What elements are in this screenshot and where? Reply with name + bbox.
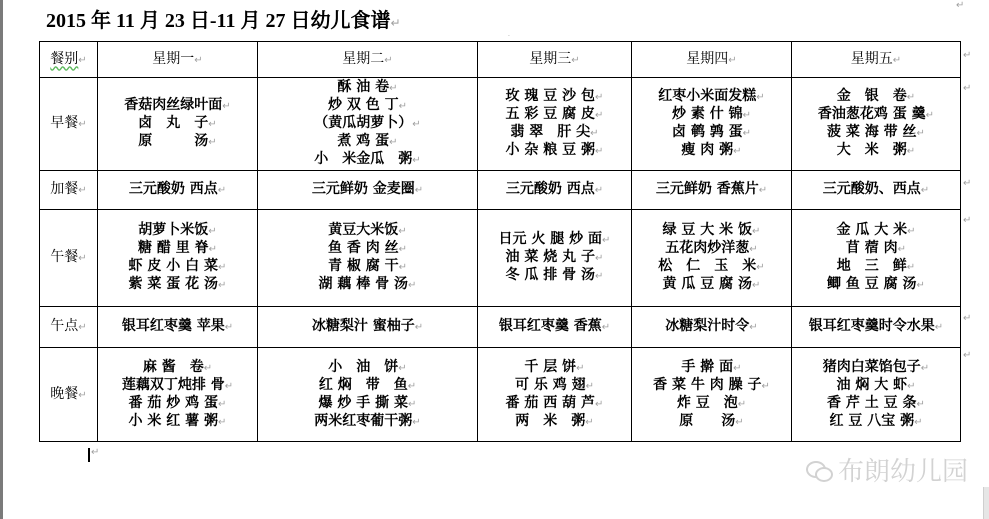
paragraph-mark-icon: ↵ <box>602 322 610 333</box>
dish-line: 三元酸奶、西点↵ <box>792 181 960 199</box>
paragraph-mark-icon: ↵ <box>907 92 915 103</box>
dish-line: 冰糖梨汁时令↵ <box>632 318 791 336</box>
watermark-text: 布朗幼儿园 <box>838 451 968 488</box>
category-cell[interactable]: 午点↵ <box>40 307 98 348</box>
paragraph-mark-icon: ↵ <box>590 128 598 139</box>
dish-line: 红枣小米面发糕↵ <box>632 88 791 106</box>
row-end-mark-icon: ↵ <box>963 50 971 61</box>
paragraph-mark-icon: ↵ <box>222 101 230 112</box>
dish-line: 小 杂 粮 豆 粥↵ <box>478 142 631 160</box>
dish-line: 黄豆大米饭↵ <box>258 222 477 240</box>
table-row-afternoon-snack: 午点↵ 银耳红枣羹 苹果↵ 冰糖梨汁 蜜柚子↵ 银耳红枣羹 香蕉↵ 冰糖梨汁时令… <box>40 307 961 348</box>
dish-line: 炸 豆 泡↵ <box>632 395 791 413</box>
menu-cell[interactable]: 银耳红枣羹时令水果↵ <box>792 307 961 348</box>
table-row-breakfast: 早餐↵ 香菇肉丝绿叶面↵卤 丸 子↵原 汤↵ 酥 油 卷↵炒 双 色 丁↵（黄瓜… <box>40 78 961 171</box>
menu-cell[interactable]: 冰糖梨汁时令↵ <box>632 307 792 348</box>
header-day-wednesday[interactable]: 星期三↵ <box>478 42 632 78</box>
dish-line: 油 菜 烧 丸 子↵ <box>478 249 631 267</box>
paragraph-mark-icon: ↵ <box>586 381 594 392</box>
dish-line: 金 银 卷↵ <box>792 88 960 106</box>
dish-line: 酥 油 卷↵ <box>258 79 477 97</box>
paragraph-mark-icon: ↵ <box>743 128 751 139</box>
paragraph-mark-icon: ↵ <box>761 381 769 392</box>
category-cell[interactable]: 加餐↵ <box>40 171 98 210</box>
category-cell[interactable]: 晚餐↵ <box>40 348 98 442</box>
paragraph-mark-icon: ↵ <box>752 280 760 291</box>
paragraph-mark-icon: ↵ <box>733 146 741 157</box>
paragraph-mark-icon: ↵ <box>218 417 226 428</box>
dish-line: 卤 鹌 鹑 蛋↵ <box>632 124 791 142</box>
dish-line: 三元鲜奶 金麦圈↵ <box>258 181 477 199</box>
dish-line: 青 椒 腐 干↵ <box>258 258 477 276</box>
dish-line: 手 擀 面↵ <box>632 359 791 377</box>
paragraph-mark-icon: ↵ <box>389 137 397 148</box>
dish-line: 糖 醋 里 脊↵ <box>98 240 257 258</box>
text-cursor <box>88 448 90 462</box>
dish-line: 地 三 鲜↵ <box>792 258 960 276</box>
dish-line: 黄 瓜 豆 腐 汤↵ <box>632 276 791 294</box>
paragraph-mark-icon: ↵ <box>756 92 764 103</box>
dish-line: 小 米 红 薯 粥↵ <box>98 413 257 431</box>
menu-cell[interactable]: 猪肉白菜馅包子↵油 焖 大 虾↵香 芹 土 豆 条↵红 豆 八宝 粥↵ <box>792 348 961 442</box>
paragraph-mark-icon: ↵ <box>390 16 400 30</box>
dish-line: 三元酸奶 西点↵ <box>478 181 631 199</box>
category-cell[interactable]: 早餐↵ <box>40 78 98 171</box>
header-day-thursday[interactable]: 星期四↵ <box>632 42 792 78</box>
dish-line: 香 菜 牛 肉 臊 子↵ <box>632 377 791 395</box>
paragraph-mark-icon: ↵ <box>595 110 603 121</box>
header-day-monday[interactable]: 星期一↵ <box>98 42 258 78</box>
dish-line: 翡 翠 肝 尖↵ <box>478 124 631 142</box>
paragraph-mark-icon: ↵ <box>408 280 416 291</box>
paragraph-mark-icon: ↵ <box>408 381 416 392</box>
menu-cell[interactable]: 日元 火 腿 炒 面↵油 菜 烧 丸 子↵冬 瓜 排 骨 汤↵ <box>478 210 632 307</box>
paragraph-mark-icon: ↵ <box>595 399 603 410</box>
paragraph-mark-icon: ↵ <box>738 399 746 410</box>
menu-cell[interactable]: 金 瓜 大 米↵苜 蓿 肉↵地 三 鲜↵鲫 鱼 豆 腐 汤↵ <box>792 210 961 307</box>
menu-cell[interactable]: 三元酸奶、西点↵ <box>792 171 961 210</box>
dish-line: 银耳红枣羹 香蕉↵ <box>478 318 631 336</box>
menu-cell[interactable]: 三元鲜奶 香蕉片↵ <box>632 171 792 210</box>
dish-line: 冬 瓜 排 骨 汤↵ <box>478 267 631 285</box>
dish-line: 绿 豆 大 米 饭↵ <box>632 222 791 240</box>
menu-cell[interactable]: 小 油 饼↵红 焖 带 鱼↵爆 炒 手 撕 菜↵两米红枣葡干粥↵ <box>258 348 478 442</box>
table-header-row: 餐别↵ 星期一↵ 星期二↵ 星期三↵ 星期四↵ 星期五↵ <box>40 42 961 78</box>
menu-cell[interactable]: 绿 豆 大 米 饭↵五花肉炒洋葱↵松 仁 玉 米↵黄 瓜 豆 腐 汤↵ <box>632 210 792 307</box>
page-left-edge <box>0 0 3 519</box>
menu-cell[interactable]: 冰糖梨汁 蜜柚子↵ <box>258 307 478 348</box>
dish-line: 炒 双 色 丁↵ <box>258 97 477 115</box>
dish-line: 煮 鸡 蛋↵ <box>258 133 477 151</box>
dish-line: 三元酸奶 西点↵ <box>98 181 257 199</box>
menu-cell[interactable]: 玫 瑰 豆 沙 包↵五 彩 豆 腐 皮↵翡 翠 肝 尖↵小 杂 粮 豆 粥↵ <box>478 78 632 171</box>
dish-line: 香油葱花鸡 蛋 羹↵ <box>792 106 960 124</box>
paragraph-mark-icon: ↵ <box>218 280 226 291</box>
dish-line: 麻 酱 卷↵ <box>98 359 257 377</box>
dish-line: 香菇肉丝绿叶面↵ <box>98 97 257 115</box>
paragraph-mark-icon: ↵ <box>585 417 593 428</box>
menu-cell[interactable]: 麻 酱 卷↵莲藕双丁炖排 骨↵番 茄 炒 鸡 蛋↵小 米 红 薯 粥↵ <box>98 348 258 442</box>
dish-line: 爆 炒 手 撕 菜↵ <box>258 395 477 413</box>
paragraph-mark-icon: ↵ <box>389 83 397 94</box>
menu-cell[interactable]: 胡萝卜米饭↵糖 醋 里 脊↵虾 皮 小 白 菜↵紫 菜 蛋 花 汤↵ <box>98 210 258 307</box>
dish-line: 金 瓜 大 米↵ <box>792 222 960 240</box>
paragraph-mark-icon: ↵ <box>749 322 757 333</box>
paragraph-mark-icon: ↵ <box>218 262 226 273</box>
paragraph-mark-icon: ↵ <box>399 262 407 273</box>
paragraph-mark-icon: ↵ <box>735 417 743 428</box>
dish-line: 原 汤↵ <box>632 413 791 431</box>
document-title: 2015 年 11 月 23 日-11 月 27 日幼儿食谱↵ <box>46 4 401 33</box>
row-end-mark-icon: ↵ <box>963 178 971 189</box>
paragraph-mark-icon: ↵ <box>595 92 603 103</box>
paragraph-mark-icon: ↵ <box>412 417 420 428</box>
dish-line: 湖 藕 棒 骨 汤↵ <box>258 276 477 294</box>
paragraph-mark-icon: ↵ <box>415 322 423 333</box>
dish-line: 炒 素 什 锦↵ <box>632 106 791 124</box>
paragraph-mark-icon: ↵ <box>218 399 226 410</box>
dish-line: 千 层 饼↵ <box>478 359 631 377</box>
dish-line: 菠 菜 海 带 丝↵ <box>792 124 960 142</box>
menu-cell[interactable]: 千 层 饼↵可 乐 鸡 翅↵番 茄 西 葫 芦↵两 米 粥↵ <box>478 348 632 442</box>
dish-line: 虾 皮 小 白 菜↵ <box>98 258 257 276</box>
paragraph-mark-icon: ↵ <box>907 146 915 157</box>
dish-line: 五花肉炒洋葱↵ <box>632 240 791 258</box>
table-row-morning-snack: 加餐↵ 三元酸奶 西点↵ 三元鲜奶 金麦圈↵ 三元酸奶 西点↵ 三元鲜奶 香蕉片… <box>40 171 961 210</box>
menu-cell[interactable]: 红枣小米面发糕↵炒 素 什 锦↵卤 鹌 鹑 蛋↵瘦 肉 粥↵ <box>632 78 792 171</box>
anchor-mark-icon: · <box>508 33 510 40</box>
dish-line: 两米红枣葡干粥↵ <box>258 413 477 431</box>
paragraph-mark-icon: ↵ <box>921 185 929 196</box>
dish-line: 莲藕双丁炖排 骨↵ <box>98 377 257 395</box>
paragraph-mark-icon: ↵ <box>408 399 416 410</box>
paragraph-mark-icon: ↵ <box>733 363 741 374</box>
dish-line: 油 焖 大 虾↵ <box>792 377 960 395</box>
paragraph-mark-icon: ↵ <box>595 253 603 264</box>
paragraph-mark-icon: ↵ <box>398 226 406 237</box>
table-row-dinner: 晚餐↵ 麻 酱 卷↵莲藕双丁炖排 骨↵番 茄 炒 鸡 蛋↵小 米 红 薯 粥↵ … <box>40 348 961 442</box>
paragraph-mark-icon: ↵ <box>935 322 943 333</box>
dish-line: 番 茄 西 葫 芦↵ <box>478 395 631 413</box>
paragraph-mark-icon: ↵ <box>743 110 751 121</box>
paragraph-mark-icon: ↵ <box>917 280 925 291</box>
paragraph-mark-icon: ↵ <box>91 447 99 458</box>
paragraph-mark-icon: ↵ <box>756 262 764 273</box>
dish-line: 两 米 粥↵ <box>478 413 631 431</box>
paragraph-mark-icon: ↵ <box>595 146 603 157</box>
dish-line: 胡萝卜米饭↵ <box>98 222 257 240</box>
dish-line: 瘦 肉 粥↵ <box>632 142 791 160</box>
paragraph-mark-icon: ↵ <box>921 363 929 374</box>
dish-line: 苜 蓿 肉↵ <box>792 240 960 258</box>
paragraph-mark-icon: ↵ <box>208 226 216 237</box>
paragraph-mark-icon: ↵ <box>218 185 226 196</box>
paragraph-mark-icon: ↵ <box>752 226 760 237</box>
paragraph-mark-icon: ↵ <box>412 119 420 130</box>
paragraph-mark-icon: ↵ <box>208 137 216 148</box>
dish-line: 番 茄 炒 鸡 蛋↵ <box>98 395 257 413</box>
paragraph-mark-icon: ↵ <box>204 363 212 374</box>
paragraph-mark-icon: ↵ <box>956 0 964 11</box>
paragraph-mark-icon: ↵ <box>225 381 233 392</box>
dish-line: 卤 丸 子↵ <box>98 115 257 133</box>
paragraph-mark-icon: ↵ <box>398 363 406 374</box>
paragraph-mark-icon: ↵ <box>749 244 757 255</box>
paragraph-mark-icon: ↵ <box>898 244 906 255</box>
dish-line: 香 芹 土 豆 条↵ <box>792 395 960 413</box>
dish-line: 日元 火 腿 炒 面↵ <box>478 231 631 249</box>
menu-cell[interactable]: 三元鲜奶 金麦圈↵ <box>258 171 478 210</box>
dish-line: 冰糖梨汁 蜜柚子↵ <box>258 318 477 336</box>
paragraph-mark-icon: ↵ <box>595 185 603 196</box>
paragraph-mark-icon: ↵ <box>576 363 584 374</box>
header-day-friday[interactable]: 星期五↵ <box>792 42 961 78</box>
wechat-icon <box>806 459 832 481</box>
paragraph-mark-icon: ↵ <box>399 101 407 112</box>
dish-line: 红 豆 八宝 粥↵ <box>792 413 960 431</box>
category-cell[interactable]: 午餐↵ <box>40 210 98 307</box>
menu-cell[interactable]: 黄豆大米饭↵鱼 香 肉 丝↵青 椒 腐 干↵湖 藕 棒 骨 汤↵ <box>258 210 478 307</box>
paragraph-mark-icon: ↵ <box>907 262 915 273</box>
dish-line: 猪肉白菜馅包子↵ <box>792 359 960 377</box>
menu-cell[interactable]: 手 擀 面↵香 菜 牛 肉 臊 子↵炸 豆 泡↵原 汤↵ <box>632 348 792 442</box>
paragraph-mark-icon: ↵ <box>225 322 233 333</box>
menu-table: 餐别↵ 星期一↵ 星期二↵ 星期三↵ 星期四↵ 星期五↵ 早餐↵ 香菇肉丝绿叶面… <box>39 41 961 442</box>
scrollbar-edge[interactable] <box>983 487 989 519</box>
dish-line: 鲫 鱼 豆 腐 汤↵ <box>792 276 960 294</box>
dish-line: 五 彩 豆 腐 皮↵ <box>478 106 631 124</box>
paragraph-mark-icon: ↵ <box>208 119 216 130</box>
dish-line: （黄瓜胡萝卜）↵ <box>258 115 477 133</box>
dish-line: 紫 菜 蛋 花 汤↵ <box>98 276 257 294</box>
paragraph-mark-icon: ↵ <box>907 226 915 237</box>
dish-line: 三元鲜奶 香蕉片↵ <box>632 181 791 199</box>
watermark: 布朗幼儿园 <box>806 451 968 488</box>
dish-line: 小 油 饼↵ <box>258 359 477 377</box>
menu-cell[interactable]: 银耳红枣羹 苹果↵ <box>98 307 258 348</box>
paragraph-mark-icon: ↵ <box>917 128 925 139</box>
menu-cell[interactable]: 三元酸奶 西点↵ <box>478 171 632 210</box>
menu-cell[interactable]: 三元酸奶 西点↵ <box>98 171 258 210</box>
paragraph-mark-icon: ↵ <box>209 244 217 255</box>
dish-line: 松 仁 玉 米↵ <box>632 258 791 276</box>
menu-cell[interactable]: 香菇肉丝绿叶面↵卤 丸 子↵原 汤↵ <box>98 78 258 171</box>
dish-line: 大 米 粥↵ <box>792 142 960 160</box>
menu-cell[interactable]: 酥 油 卷↵炒 双 色 丁↵（黄瓜胡萝卜）↵煮 鸡 蛋↵小 米金瓜 粥↵ <box>258 78 478 171</box>
paragraph-mark-icon: ↵ <box>759 185 767 196</box>
dish-line: 可 乐 鸡 翅↵ <box>478 377 631 395</box>
dish-line: 鱼 香 肉 丝↵ <box>258 240 477 258</box>
dish-line: 小 米金瓜 粥↵ <box>258 151 477 169</box>
title-text: 2015 年 11 月 23 日-11 月 27 日幼儿食谱 <box>46 10 390 32</box>
paragraph-mark-icon: ↵ <box>917 399 925 410</box>
paragraph-mark-icon: ↵ <box>602 235 610 246</box>
paragraph-mark-icon: ↵ <box>907 381 915 392</box>
dish-line: 银耳红枣羹时令水果↵ <box>792 318 960 336</box>
header-day-tuesday[interactable]: 星期二↵ <box>258 42 478 78</box>
dish-line: 原 汤↵ <box>98 133 257 151</box>
dish-line: 红 焖 带 鱼↵ <box>258 377 477 395</box>
row-end-mark-icon: ↵ <box>963 350 971 361</box>
paragraph-mark-icon: ↵ <box>914 417 922 428</box>
menu-cell[interactable]: 金 银 卷↵香油葱花鸡 蛋 羹↵菠 菜 海 带 丝↵大 米 粥↵ <box>792 78 961 171</box>
paragraph-mark-icon: ↵ <box>415 185 423 196</box>
paragraph-mark-icon: ↵ <box>926 110 934 121</box>
row-end-mark-icon: ↵ <box>963 215 971 226</box>
dish-line: 银耳红枣羹 苹果↵ <box>98 318 257 336</box>
paragraph-mark-icon: ↵ <box>412 155 420 166</box>
header-category[interactable]: 餐别↵ <box>40 42 98 78</box>
row-end-mark-icon: ↵ <box>963 313 971 324</box>
dish-line: 玫 瑰 豆 沙 包↵ <box>478 88 631 106</box>
menu-cell[interactable]: 银耳红枣羹 香蕉↵ <box>478 307 632 348</box>
table-row-lunch: 午餐↵ 胡萝卜米饭↵糖 醋 里 脊↵虾 皮 小 白 菜↵紫 菜 蛋 花 汤↵ 黄… <box>40 210 961 307</box>
row-end-mark-icon: ↵ <box>963 83 971 94</box>
paragraph-mark-icon: ↵ <box>399 244 407 255</box>
paragraph-mark-icon: ↵ <box>595 271 603 282</box>
